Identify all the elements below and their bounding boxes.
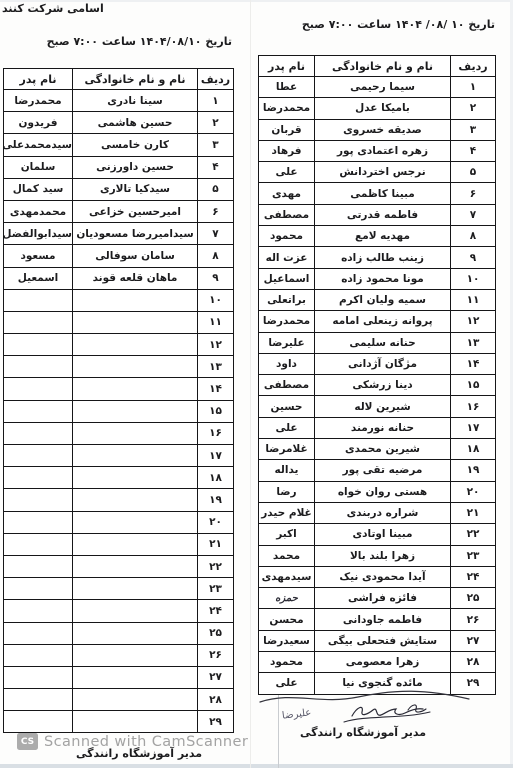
row-number-cell: ۹ bbox=[198, 267, 234, 289]
right-page-date: تاریخ ۱۰ /۰۸/ ۱۴۰۴ ساعت ۷:۰۰ صبح bbox=[302, 18, 495, 31]
row-number-cell: ۱۵ bbox=[451, 375, 496, 396]
father-name-cell: غلام حیدر bbox=[259, 502, 315, 523]
father-name-cell: سعیدرضا bbox=[259, 630, 315, 651]
table-row: ۱۱ bbox=[4, 311, 234, 333]
name-cell: نرجس اختردانش bbox=[315, 162, 451, 183]
table-row: ۱۹مرضیه تقی پوریداله bbox=[259, 460, 496, 481]
row-number-cell: ۲ bbox=[198, 112, 234, 134]
row-number-cell: ۱۴ bbox=[198, 378, 234, 400]
name-cell: فاطمه قدرتی bbox=[315, 204, 451, 225]
name-cell: سامان سوفالی bbox=[73, 245, 198, 267]
row-number-cell: ۱۹ bbox=[451, 460, 496, 481]
father-name-cell: حسین bbox=[259, 396, 315, 417]
father-name-cell bbox=[4, 445, 73, 467]
father-name-cell: علی bbox=[259, 162, 315, 183]
row-number-cell: ۱۸ bbox=[451, 439, 496, 460]
father-name-cell bbox=[4, 356, 73, 378]
name-cell: سیدامیررضا مسعودیان bbox=[73, 223, 198, 245]
father-name-cell bbox=[4, 578, 73, 600]
table-row: ۲۸ bbox=[4, 689, 234, 711]
father-name-cell bbox=[4, 622, 73, 644]
row-number-cell: ۵ bbox=[198, 178, 234, 200]
name-cell: حسین هاشمی bbox=[73, 112, 198, 134]
table-row: ۲۲مبینا اوتادیاکبر bbox=[259, 524, 496, 545]
row-number-cell: ۱۹ bbox=[198, 489, 234, 511]
table-row: ۱۴ bbox=[4, 378, 234, 400]
row-number-cell: ۱ bbox=[451, 77, 496, 98]
name-cell: سیدکیا تالاری bbox=[73, 178, 198, 200]
father-name-cell: مصطفی bbox=[259, 375, 315, 396]
name-cell: صدیقه خسروی bbox=[315, 119, 451, 140]
table-row: ۲۴آیدا محمودی نیکسیدمهدی bbox=[259, 566, 496, 587]
handwritten-note: علیرضا bbox=[281, 707, 311, 721]
row-number-cell: ۲۰ bbox=[198, 511, 234, 533]
father-name-cell: غلامرضا bbox=[259, 439, 315, 460]
father-name-cell: فرهاد bbox=[259, 140, 315, 161]
name-cell bbox=[73, 511, 198, 533]
row-number-cell: ۲۰ bbox=[451, 481, 496, 502]
table-row: ۲۶ bbox=[4, 644, 234, 666]
table-row: ۵سیدکیا تالاریسید کمال bbox=[4, 178, 234, 200]
column-header-father: نام پدر bbox=[259, 56, 315, 77]
row-number-cell: ۱۱ bbox=[451, 289, 496, 310]
name-cell: سینا نادری bbox=[73, 90, 198, 112]
name-cell: حنانه سلیمی bbox=[315, 332, 451, 353]
page-seam bbox=[250, 0, 251, 768]
table-row: ۲۵فائزه فراشیحمزه bbox=[259, 588, 496, 609]
row-number-cell: ۱۷ bbox=[451, 417, 496, 438]
name-cell: ستایش فتحعلی بیگی bbox=[315, 630, 451, 651]
table-row: ۱۵دینا زرشکیمصطفی bbox=[259, 375, 496, 396]
name-cell: حنانه نورمند bbox=[315, 417, 451, 438]
signature-scribble bbox=[338, 698, 458, 728]
table-row: ۱۲ bbox=[4, 334, 234, 356]
name-cell: سمیه ولیان اکرم bbox=[315, 289, 451, 310]
name-cell: کارن خامسی bbox=[73, 134, 198, 156]
row-number-cell: ۶ bbox=[451, 183, 496, 204]
table-row: ۱۶شیرین لالهحسین bbox=[259, 396, 496, 417]
camscanner-icon: CS bbox=[17, 733, 38, 750]
name-cell: فائزه فراشی bbox=[315, 588, 451, 609]
row-number-cell: ۸ bbox=[198, 245, 234, 267]
table-row: ۱۸ bbox=[4, 467, 234, 489]
camscanner-watermark: CS Scanned with CamScanner bbox=[17, 733, 248, 750]
father-name-cell: سید کمال bbox=[4, 178, 73, 200]
row-number-cell: ۹ bbox=[451, 247, 496, 268]
right-attendance-table: ردیف نام و نام خانوادگی نام پدر ۱سیما رح… bbox=[258, 55, 496, 695]
father-name-cell: علی bbox=[259, 417, 315, 438]
name-cell bbox=[73, 622, 198, 644]
column-header-row-number: ردیف bbox=[198, 69, 234, 90]
father-name-cell: محمود bbox=[259, 652, 315, 673]
father-name-cell: مصطفی bbox=[259, 204, 315, 225]
father-name-cell: قربان bbox=[259, 119, 315, 140]
father-name-cell: مهدی bbox=[259, 183, 315, 204]
table-row: ۱۰ bbox=[4, 289, 234, 311]
name-cell bbox=[73, 311, 198, 333]
name-cell: زهرا بلند بالا bbox=[315, 545, 451, 566]
table-row: ۴حسین داورزنیسلمان bbox=[4, 156, 234, 178]
name-cell bbox=[73, 467, 198, 489]
row-number-cell: ۲۵ bbox=[198, 622, 234, 644]
father-name-cell bbox=[4, 600, 73, 622]
row-number-cell: ۲۶ bbox=[198, 644, 234, 666]
row-number-cell: ۱۱ bbox=[198, 311, 234, 333]
father-name-cell: محمدرضا bbox=[259, 98, 315, 119]
table-row: ۱۶ bbox=[4, 422, 234, 444]
name-cell bbox=[73, 400, 198, 422]
row-number-cell: ۲۲ bbox=[451, 524, 496, 545]
page-title: اسامی شرکت کنند bbox=[2, 2, 104, 15]
table-row: ۱۴مژگان آژدانیداود bbox=[259, 353, 496, 374]
left-table-body: ۱سینا نادریمحمدرضا۲حسین هاشمیفریدون۳کارن… bbox=[4, 90, 234, 733]
table-row: ۲۰هستی روان خواهرضا bbox=[259, 481, 496, 502]
name-cell bbox=[73, 689, 198, 711]
table-header-row: ردیف نام و نام خانوادگی نام پدر bbox=[259, 56, 496, 77]
name-cell bbox=[73, 489, 198, 511]
table-row: ۶مبینا کاظمیمهدی bbox=[259, 183, 496, 204]
table-header-row: ردیف نام و نام خانوادگی نام پدر bbox=[4, 69, 234, 90]
row-number-cell: ۲۸ bbox=[451, 652, 496, 673]
name-cell: ماهان قلعه قوند bbox=[73, 267, 198, 289]
row-number-cell: ۱۷ bbox=[198, 445, 234, 467]
father-name-cell: محمد bbox=[259, 545, 315, 566]
table-row: ۲۶فاطمه جاودانیمحسن bbox=[259, 609, 496, 630]
table-row: ۵نرجس اختردانشعلی bbox=[259, 162, 496, 183]
father-name-cell: علیرضا bbox=[259, 332, 315, 353]
father-name-cell: سیدمحمدعلی bbox=[4, 134, 73, 156]
row-number-cell: ۲۲ bbox=[198, 555, 234, 577]
table-row: ۸مهدیه لامعمحمود bbox=[259, 226, 496, 247]
table-row: ۲۱شراره دربندیغلام حیدر bbox=[259, 502, 496, 523]
name-cell bbox=[73, 555, 198, 577]
table-row: ۳کارن خامسیسیدمحمدعلی bbox=[4, 134, 234, 156]
father-name-cell: سیدمهدی bbox=[259, 566, 315, 587]
table-row: ۲۱ bbox=[4, 533, 234, 555]
father-name-cell: اسمعیل bbox=[4, 267, 73, 289]
name-cell: فاطمه جاودانی bbox=[315, 609, 451, 630]
name-cell bbox=[73, 644, 198, 666]
table-row: ۸سامان سوفالیمسعود bbox=[4, 245, 234, 267]
row-number-cell: ۲۳ bbox=[451, 545, 496, 566]
row-number-cell: ۲۸ bbox=[198, 689, 234, 711]
column-header-row-number: ردیف bbox=[451, 56, 496, 77]
table-row: ۱۳ bbox=[4, 356, 234, 378]
father-name-cell bbox=[4, 400, 73, 422]
camscanner-watermark-text: Scanned with CamScanner bbox=[44, 734, 248, 750]
father-name-cell: یداله bbox=[259, 460, 315, 481]
table-row: ۲۳ bbox=[4, 578, 234, 600]
table-row: ۷سیدامیررضا مسعودیانسیدابوالفضل bbox=[4, 223, 234, 245]
name-cell: مبینا اوتادی bbox=[315, 524, 451, 545]
table-row: ۲۳زهرا بلند بالامحمد bbox=[259, 545, 496, 566]
father-name-cell: اسماعیل bbox=[259, 268, 315, 289]
name-cell bbox=[73, 600, 198, 622]
right-table-body: ۱سیما رحیمیعطا۲بامیکا عدلمحمدرضا۳صدیقه خ… bbox=[259, 77, 496, 695]
table-row: ۲۹ bbox=[4, 711, 234, 733]
table-row: ۴زهره اعتمادی پورفرهاد bbox=[259, 140, 496, 161]
name-cell: مبینا کاظمی bbox=[315, 183, 451, 204]
name-cell: بامیکا عدل bbox=[315, 98, 451, 119]
row-number-cell: ۳ bbox=[198, 134, 234, 156]
name-cell: مرضیه تقی پور bbox=[315, 460, 451, 481]
row-number-cell: ۴ bbox=[198, 156, 234, 178]
father-name-cell bbox=[4, 422, 73, 444]
table-row: ۱۱سمیه ولیان اکرمبراتعلی bbox=[259, 289, 496, 310]
father-name-cell: عطا bbox=[259, 77, 315, 98]
column-header-name: نام و نام خانوادگی bbox=[73, 69, 198, 90]
name-cell bbox=[73, 578, 198, 600]
table-row: ۱۹ bbox=[4, 489, 234, 511]
father-name-cell bbox=[4, 711, 73, 733]
name-cell: حسین داورزنی bbox=[73, 156, 198, 178]
row-number-cell: ۱۰ bbox=[451, 268, 496, 289]
father-name-cell: حمزه bbox=[259, 588, 315, 609]
name-cell: زهرا معصومی bbox=[315, 652, 451, 673]
table-row: ۲بامیکا عدلمحمدرضا bbox=[259, 98, 496, 119]
row-number-cell: ۲۹ bbox=[198, 711, 234, 733]
father-name-cell bbox=[4, 533, 73, 555]
father-name-cell: محسن bbox=[259, 609, 315, 630]
table-row: ۲۰ bbox=[4, 511, 234, 533]
father-name-cell: فریدون bbox=[4, 112, 73, 134]
name-cell bbox=[73, 422, 198, 444]
father-name-cell bbox=[4, 467, 73, 489]
table-row: ۲۸زهرا معصومیمحمود bbox=[259, 652, 496, 673]
father-name-cell: عزت اله bbox=[259, 247, 315, 268]
name-cell: مهدیه لامع bbox=[315, 226, 451, 247]
row-number-cell: ۲۱ bbox=[198, 533, 234, 555]
row-number-cell: ۲۷ bbox=[451, 630, 496, 651]
father-name-cell: مسعود bbox=[4, 245, 73, 267]
table-row: ۱۷ bbox=[4, 445, 234, 467]
table-row: ۲۵ bbox=[4, 622, 234, 644]
name-cell: امیرحسین خزاعی bbox=[73, 200, 198, 222]
name-cell bbox=[73, 289, 198, 311]
name-cell bbox=[73, 711, 198, 733]
column-header-name: نام و نام خانوادگی bbox=[315, 56, 451, 77]
name-cell: شیرین لاله bbox=[315, 396, 451, 417]
table-row: ۱سیما رحیمیعطا bbox=[259, 77, 496, 98]
table-row: ۶امیرحسین خزاعیمحمدمهدی bbox=[4, 200, 234, 222]
row-number-cell: ۸ bbox=[451, 226, 496, 247]
name-cell: مژگان آژدانی bbox=[315, 353, 451, 374]
row-number-cell: ۳ bbox=[451, 119, 496, 140]
row-number-cell: ۲۳ bbox=[198, 578, 234, 600]
row-number-cell: ۱۳ bbox=[451, 332, 496, 353]
name-cell bbox=[73, 334, 198, 356]
father-name-cell bbox=[4, 689, 73, 711]
row-number-cell: ۱۸ bbox=[198, 467, 234, 489]
father-name-cell: محمدرضا bbox=[4, 90, 73, 112]
row-number-cell: ۱ bbox=[198, 90, 234, 112]
right-page-footer: مدیر آموزشگاه رانندگی bbox=[300, 726, 426, 739]
table-row: ۱۰مونا محمود زادهاسماعیل bbox=[259, 268, 496, 289]
name-cell: مونا محمود زاده bbox=[315, 268, 451, 289]
name-cell: زهره اعتمادی پور bbox=[315, 140, 451, 161]
row-number-cell: ۲۵ bbox=[451, 588, 496, 609]
father-name-cell bbox=[4, 334, 73, 356]
table-row: ۱۵ bbox=[4, 400, 234, 422]
left-attendance-table: ردیف نام و نام خانوادگی نام پدر ۱سینا نا… bbox=[3, 68, 234, 733]
table-row: ۲حسین هاشمیفریدون bbox=[4, 112, 234, 134]
father-name-cell: محمدرضا bbox=[259, 311, 315, 332]
row-number-cell: ۲۴ bbox=[198, 600, 234, 622]
table-row: ۱سینا نادریمحمدرضا bbox=[4, 90, 234, 112]
table-row: ۱۳حنانه سلیمیعلیرضا bbox=[259, 332, 496, 353]
table-row: ۲۲ bbox=[4, 555, 234, 577]
name-cell: شیرین محمدی bbox=[315, 439, 451, 460]
row-number-cell: ۱۶ bbox=[198, 422, 234, 444]
table-row: ۱۷حنانه نورمندعلی bbox=[259, 417, 496, 438]
table-row: ۱۲پروانه زینعلی امامهمحمدرضا bbox=[259, 311, 496, 332]
row-number-cell: ۱۵ bbox=[198, 400, 234, 422]
father-name-cell: سلمان bbox=[4, 156, 73, 178]
table-row: ۱۸شیرین محمدیغلامرضا bbox=[259, 439, 496, 460]
name-cell bbox=[73, 533, 198, 555]
name-cell: زینب طالب زاده bbox=[315, 247, 451, 268]
row-number-cell: ۱۳ bbox=[198, 356, 234, 378]
row-number-cell: ۲ bbox=[451, 98, 496, 119]
row-number-cell: ۴ bbox=[451, 140, 496, 161]
row-number-cell: ۷ bbox=[451, 204, 496, 225]
table-row: ۲۷ستایش فتحعلی بیگیسعیدرضا bbox=[259, 630, 496, 651]
father-name-cell: محمدمهدی bbox=[4, 200, 73, 222]
row-number-cell: ۵ bbox=[451, 162, 496, 183]
father-name-cell bbox=[4, 289, 73, 311]
father-name-cell: سیدابوالفضل bbox=[4, 223, 73, 245]
father-name-cell: اکبر bbox=[259, 524, 315, 545]
father-name-cell bbox=[4, 489, 73, 511]
row-number-cell: ۱۰ bbox=[198, 289, 234, 311]
row-number-cell: ۲۷ bbox=[198, 666, 234, 688]
column-header-father: نام پدر bbox=[4, 69, 73, 90]
row-number-cell: ۱۶ bbox=[451, 396, 496, 417]
table-row: ۲۷ bbox=[4, 666, 234, 688]
father-name-cell: داود bbox=[259, 353, 315, 374]
father-name-cell bbox=[4, 311, 73, 333]
row-number-cell: ۲۱ bbox=[451, 502, 496, 523]
father-name-cell bbox=[4, 511, 73, 533]
name-cell: پروانه زینعلی امامه bbox=[315, 311, 451, 332]
father-name-cell: رضا bbox=[259, 481, 315, 502]
table-row: ۳صدیقه خسرویقربان bbox=[259, 119, 496, 140]
father-name-cell: براتعلی bbox=[259, 289, 315, 310]
father-name-cell: محمود bbox=[259, 226, 315, 247]
name-cell: شراره دربندی bbox=[315, 502, 451, 523]
name-cell: هستی روان خواه bbox=[315, 481, 451, 502]
father-name-cell bbox=[4, 666, 73, 688]
scan-edge-bottom bbox=[0, 764, 513, 768]
table-row: ۹ماهان قلعه قونداسمعیل bbox=[4, 267, 234, 289]
table-row: ۹زینب طالب زادهعزت اله bbox=[259, 247, 496, 268]
name-cell bbox=[73, 356, 198, 378]
father-name-cell bbox=[4, 644, 73, 666]
name-cell: آیدا محمودی نیک bbox=[315, 566, 451, 587]
row-number-cell: ۱۴ bbox=[451, 353, 496, 374]
name-cell bbox=[73, 666, 198, 688]
name-cell: دینا زرشکی bbox=[315, 375, 451, 396]
row-number-cell: ۱۲ bbox=[198, 334, 234, 356]
row-number-cell: ۱۲ bbox=[451, 311, 496, 332]
row-number-cell: ۷ bbox=[198, 223, 234, 245]
row-number-cell: ۶ bbox=[198, 200, 234, 222]
name-cell: سیما رحیمی bbox=[315, 77, 451, 98]
father-name-cell bbox=[4, 378, 73, 400]
row-number-cell: ۲۴ bbox=[451, 566, 496, 587]
table-row: ۲۴ bbox=[4, 600, 234, 622]
row-number-cell: ۲۶ bbox=[451, 609, 496, 630]
table-row: ۷فاطمه قدرتیمصطفی bbox=[259, 204, 496, 225]
name-cell bbox=[73, 445, 198, 467]
left-page-date: تاریخ ۱۴۰۴/۰۸/۱۰ ساعت ۷:۰۰ صبح bbox=[47, 35, 232, 48]
name-cell bbox=[73, 378, 198, 400]
father-name-cell bbox=[4, 555, 73, 577]
